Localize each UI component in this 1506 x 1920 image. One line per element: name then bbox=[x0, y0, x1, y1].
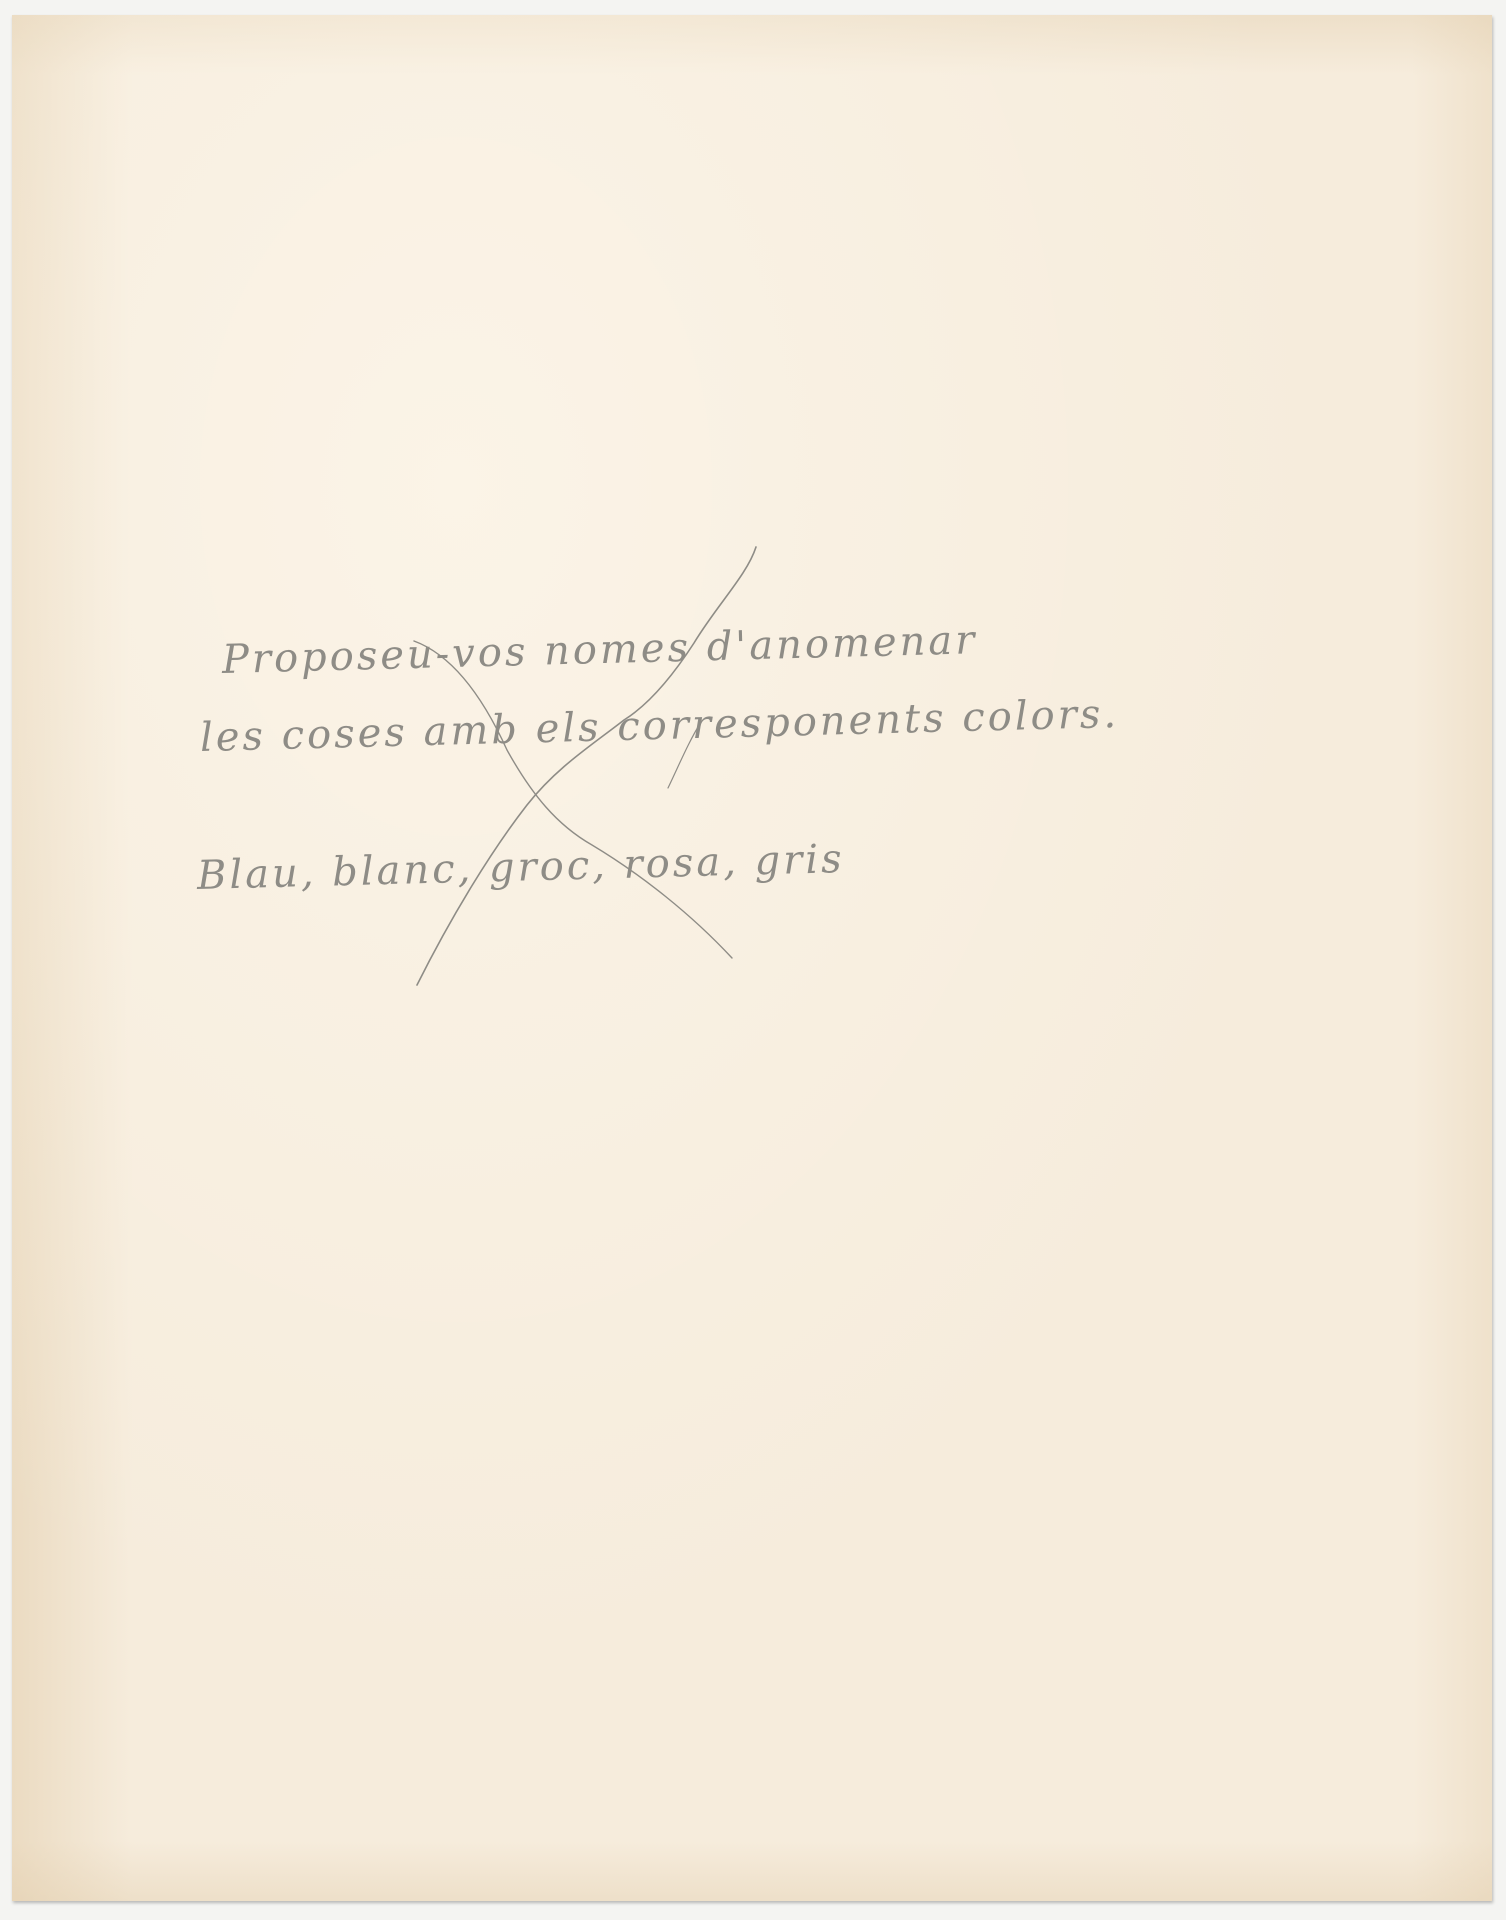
pencil-cross-out-mark bbox=[12, 15, 1492, 1901]
paper-sheet: Proposeu-vos nomes d'anomenar les coses … bbox=[12, 15, 1492, 1901]
